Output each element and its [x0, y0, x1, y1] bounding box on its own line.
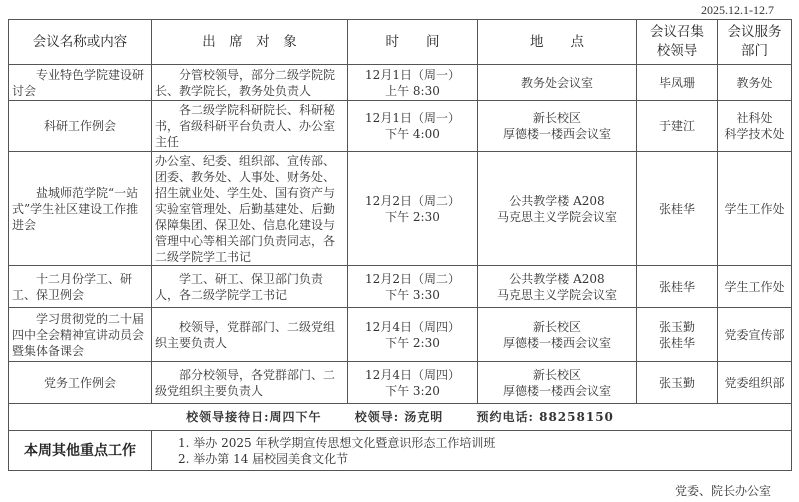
- other-work-items: 1. 举办 2025 年秋学期宣传思想文化暨意识形态工作培训班 2. 举办第 1…: [152, 431, 792, 471]
- meeting-location: 公共教学楼 A208马克思主义学院会议室: [478, 266, 637, 308]
- meeting-location: 新长校区厚德楼一楼西会议室: [478, 308, 637, 362]
- meeting-name: 十二月份学工、研工、保卫例会: [9, 266, 152, 308]
- table-row: 科研工作例会 各二级学院科研院长、科研秘书，省级科研平台负责人、办公室主任 12…: [9, 101, 792, 152]
- header-dept: 会议服务部门: [718, 20, 792, 65]
- meeting-name: 盐城师范学院“一站式”学生社区建设工作推进会: [9, 152, 152, 266]
- meeting-leader: 张桂华: [637, 152, 718, 266]
- meeting-attendees: 部分校领导，各党群部门、二级党组织主要负责人: [152, 362, 348, 404]
- other-work-label: 本周其他重点工作: [9, 431, 152, 471]
- other-work-row: 本周其他重点工作 1. 举办 2025 年秋学期宣传思想文化暨意识形态工作培训班…: [9, 431, 792, 471]
- meeting-leader: 于建江: [637, 101, 718, 152]
- reception-phone: 预约电话: 88258150: [477, 409, 614, 425]
- header-location: 地 点: [478, 20, 637, 65]
- table-row: 党务工作例会 部分校领导，各党群部门、二级党组织主要负责人 12月4日（周四）下…: [9, 362, 792, 404]
- table-row: 专业特色学院建设研讨会 分管校领导，部分二级学院院长、教学院长，教务处负责人 1…: [9, 65, 792, 101]
- meeting-leader: 张桂华: [637, 266, 718, 308]
- meeting-dept: 学生工作处: [718, 152, 792, 266]
- table-row: 学习贯彻党的二十届四中全会精神宣讲动员会暨集体备课会 校领导，党群部门、二级党组…: [9, 308, 792, 362]
- meeting-attendees: 各二级学院科研院长、科研秘书，省级科研平台负责人、办公室主任: [152, 101, 348, 152]
- date-range: 2025.12.1-12.7: [701, 3, 774, 18]
- meeting-name: 学习贯彻党的二十届四中全会精神宣讲动员会暨集体备课会: [9, 308, 152, 362]
- meeting-attendees: 校领导，党群部门、二级党组织主要负责人: [152, 308, 348, 362]
- meeting-time: 12月1日（周一）上午 8:30: [348, 65, 478, 101]
- meeting-attendees: 办公室、纪委、组织部、宣传部、团委、教务处、人事处、财务处、招生就业处、学生处、…: [152, 152, 348, 266]
- header-leader: 会议召集校领导: [637, 20, 718, 65]
- meeting-dept: 社科处科学技术处: [718, 101, 792, 152]
- reception-row: 校领导接待日:周四下午 校领导: 汤克明 预约电话: 88258150: [9, 404, 792, 431]
- meeting-attendees: 学工、研工、保卫部门负责人，各二级学院学工书记: [152, 266, 348, 308]
- meeting-time: 12月4日（周四）下午 3:20: [348, 362, 478, 404]
- meeting-leader: 毕凤珊: [637, 65, 718, 101]
- table-row: 十二月份学工、研工、保卫例会 学工、研工、保卫部门负责人，各二级学院学工书记 1…: [9, 266, 792, 308]
- reception-leader: 校领导: 汤克明: [355, 409, 444, 425]
- meeting-schedule-table: 会议名称或内容 出 席 对 象 时 间 地 点 会议召集校领导 会议服务部门 专…: [8, 19, 792, 471]
- meeting-location: 公共教学楼 A208马克思主义学院会议室: [478, 152, 637, 266]
- meeting-name: 专业特色学院建设研讨会: [9, 65, 152, 101]
- meeting-time: 12月4日（周四）下午 2:30: [348, 308, 478, 362]
- meeting-leader: 张玉勤: [637, 362, 718, 404]
- meeting-attendees: 分管校领导，部分二级学院院长、教学院长，教务处负责人: [152, 65, 348, 101]
- meeting-location: 教务处会议室: [478, 65, 637, 101]
- reception-day: 校领导接待日:周四下午: [186, 409, 321, 425]
- meeting-time: 12月2日（周二）下午 3:30: [348, 266, 478, 308]
- meeting-time: 12月1日（周一）下午 4:00: [348, 101, 478, 152]
- table-row: 盐城师范学院“一站式”学生社区建设工作推进会 办公室、纪委、组织部、宣传部、团委…: [9, 152, 792, 266]
- header-attendees: 出 席 对 象: [152, 20, 348, 65]
- meeting-location: 新长校区厚德楼一楼西会议室: [478, 362, 637, 404]
- issuer-footer: 党委、院长办公室: [675, 482, 771, 499]
- meeting-name: 科研工作例会: [9, 101, 152, 152]
- meeting-time: 12月2日（周二）下午 2:30: [348, 152, 478, 266]
- meeting-dept: 党委宣传部: [718, 308, 792, 362]
- meeting-dept: 教务处: [718, 65, 792, 101]
- meeting-dept: 党委组织部: [718, 362, 792, 404]
- reception-info: 校领导接待日:周四下午 校领导: 汤克明 预约电话: 88258150: [9, 404, 792, 431]
- other-work-item: 2. 举办第 14 届校园美食文化节: [178, 451, 788, 467]
- meeting-dept: 学生工作处: [718, 266, 792, 308]
- header-name: 会议名称或内容: [9, 20, 152, 65]
- meeting-leader: 张玉勤张桂华: [637, 308, 718, 362]
- other-work-item: 1. 举办 2025 年秋学期宣传思想文化暨意识形态工作培训班: [178, 435, 788, 451]
- header-time: 时 间: [348, 20, 478, 65]
- header-row: 会议名称或内容 出 席 对 象 时 间 地 点 会议召集校领导 会议服务部门: [9, 20, 792, 65]
- meeting-location: 新长校区厚德楼一楼西会议室: [478, 101, 637, 152]
- meeting-name: 党务工作例会: [9, 362, 152, 404]
